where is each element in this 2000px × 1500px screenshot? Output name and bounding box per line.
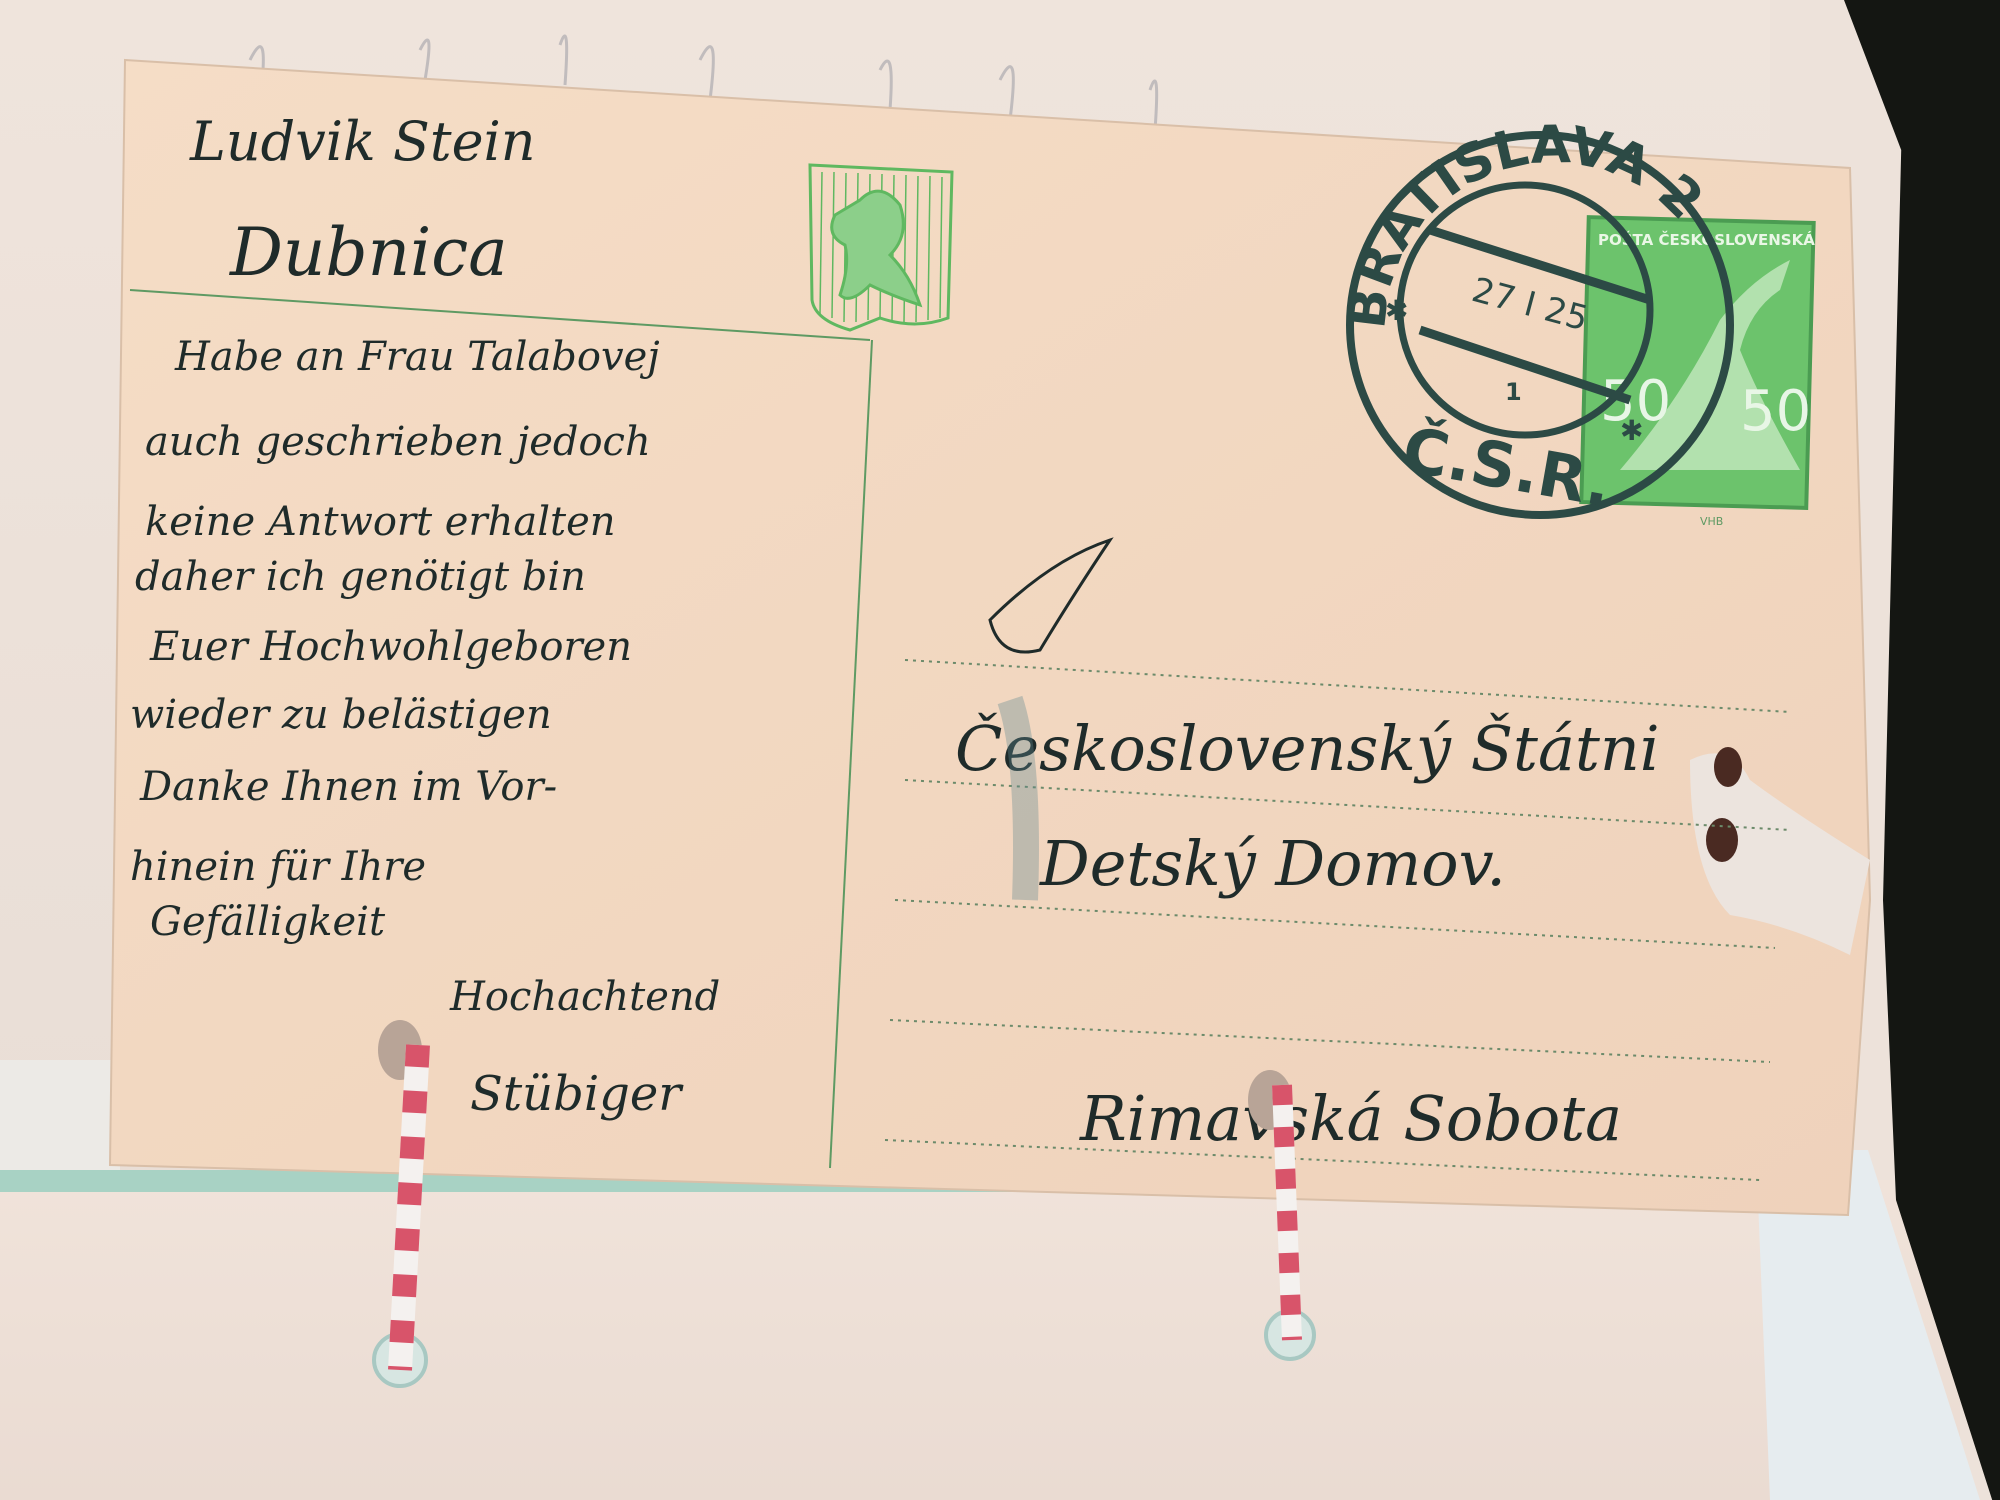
folder-page (0, 1180, 1960, 1500)
background-sheet-edge (0, 1060, 120, 1170)
background-letter-page (0, 0, 1770, 1180)
folder-edge-strip (0, 1170, 1760, 1192)
background-handwriting (0, 0, 1700, 140)
